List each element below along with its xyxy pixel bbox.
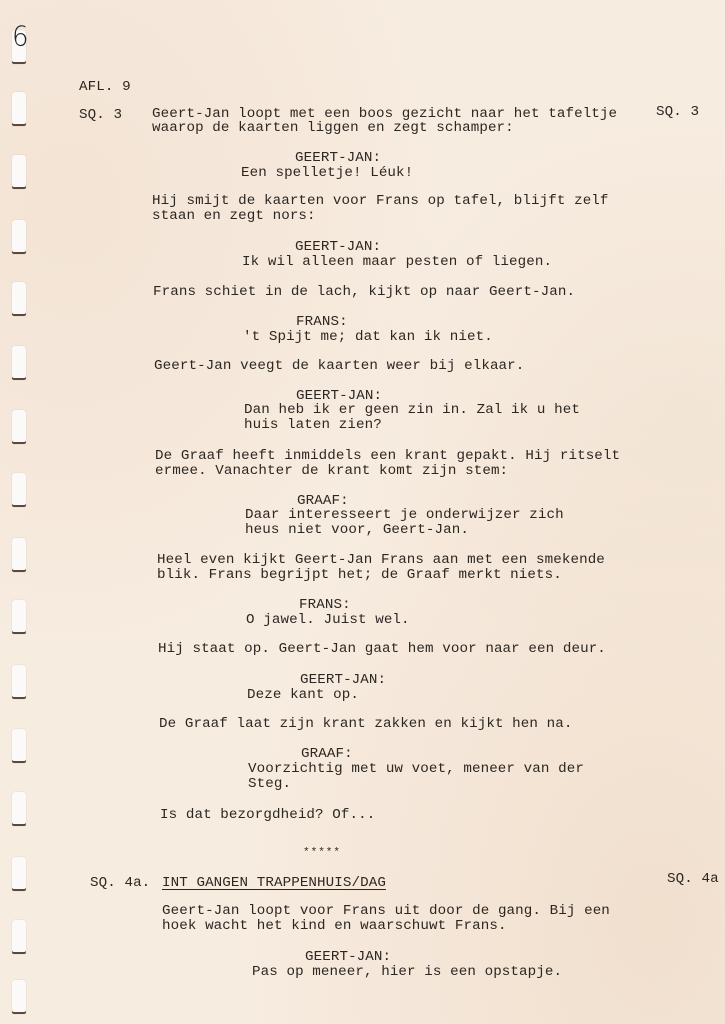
dialogue-line: heus niet voor, Geert-Jan.: [245, 523, 469, 538]
punch-hole: [12, 729, 26, 763]
dialogue-line: Een spelletje! Léuk!: [241, 166, 413, 181]
action-line: Heel even kijkt Geert-Jan Frans aan met …: [157, 553, 605, 568]
punch-hole: [12, 857, 26, 891]
binder-holes: [12, 0, 28, 1024]
character-name: FRANS:: [296, 315, 348, 330]
scene-label-right: SQ. 3: [656, 105, 699, 120]
action-line: Is dat bezorgdheid? Of...: [160, 808, 375, 823]
scene-separator: *****: [303, 846, 341, 861]
action-line: ermee. Vanachter de krant komt zijn stem…: [155, 464, 508, 479]
character-name: GEERT-JAN:: [305, 950, 391, 965]
action-line: Frans schiet in de lach, kijkt op naar G…: [153, 285, 575, 300]
action-line: Geert-Jan veegt de kaarten weer bij elka…: [154, 359, 524, 374]
action-line: hoek wacht het kind en waarschuwt Frans.: [162, 919, 507, 934]
scene-label-left: SQ. 4a.: [90, 876, 150, 891]
punch-hole: [12, 346, 26, 380]
punch-hole: [12, 920, 26, 954]
punch-hole: [12, 220, 26, 254]
punch-hole: [12, 282, 26, 316]
punch-hole: [12, 473, 26, 507]
punch-hole: [12, 538, 26, 572]
action-line: De Graaf laat zijn krant zakken en kijkt…: [159, 717, 572, 732]
dialogue-line: Ik wil alleen maar pesten of liegen.: [242, 255, 552, 270]
dialogue-line: O jawel. Juist wel.: [246, 613, 410, 628]
dialogue-line: Deze kant op.: [247, 688, 359, 703]
action-line: blik. Frans begrijpt het; de Graaf merkt…: [157, 568, 562, 583]
action-line: staan en zegt nors:: [152, 209, 316, 224]
action-line: Hij smijt de kaarten voor Frans op tafel…: [152, 194, 609, 209]
dialogue-line: huis laten zien?: [244, 418, 382, 433]
action-line: Geert-Jan loopt voor Frans uit door de g…: [162, 904, 610, 919]
script-page: 6 AFL. 9 SQ. 3 SQ. 3 Geert-Jan loopt met…: [0, 0, 725, 1024]
character-name: FRANS:: [299, 598, 351, 613]
punch-hole: [12, 92, 26, 126]
handwritten-page-number: 6: [12, 21, 29, 53]
action-line: waarop de kaarten liggen en zegt schampe…: [152, 121, 514, 136]
punch-hole: [12, 155, 26, 189]
action-line: Hij staat op. Geert-Jan gaat hem voor na…: [158, 642, 606, 657]
character-name: GEERT-JAN:: [295, 151, 381, 166]
dialogue-line: Voorzichtig met uw voet, meneer van der: [248, 762, 584, 777]
punch-hole: [12, 600, 26, 634]
character-name: GRAAF:: [301, 747, 353, 762]
scene-label-right: SQ. 4a: [667, 872, 719, 887]
punch-hole: [12, 410, 26, 444]
punch-hole: [12, 792, 26, 826]
punch-hole: [12, 665, 26, 699]
character-name: GEERT-JAN:: [295, 240, 381, 255]
dialogue-line: Dan heb ik er geen zin in. Zal ik u het: [244, 403, 580, 418]
action-line: De Graaf heeft inmiddels een krant gepak…: [155, 449, 620, 464]
dialogue-line: Pas op meneer, hier is een opstapje.: [252, 965, 562, 980]
dialogue-line: Steg.: [248, 777, 291, 792]
dialogue-line: Daar interesseert je onderwijzer zich: [245, 508, 564, 523]
punch-hole: [12, 980, 26, 1014]
dialogue-line: 't Spijt me; dat kan ik niet.: [243, 330, 493, 345]
character-name: GEERT-JAN:: [300, 673, 386, 688]
scene-heading: INT GANGEN TRAPPENHUIS/DAG: [162, 876, 386, 891]
scene-label-left: SQ. 3: [79, 108, 122, 123]
episode-label: AFL. 9: [79, 80, 131, 95]
